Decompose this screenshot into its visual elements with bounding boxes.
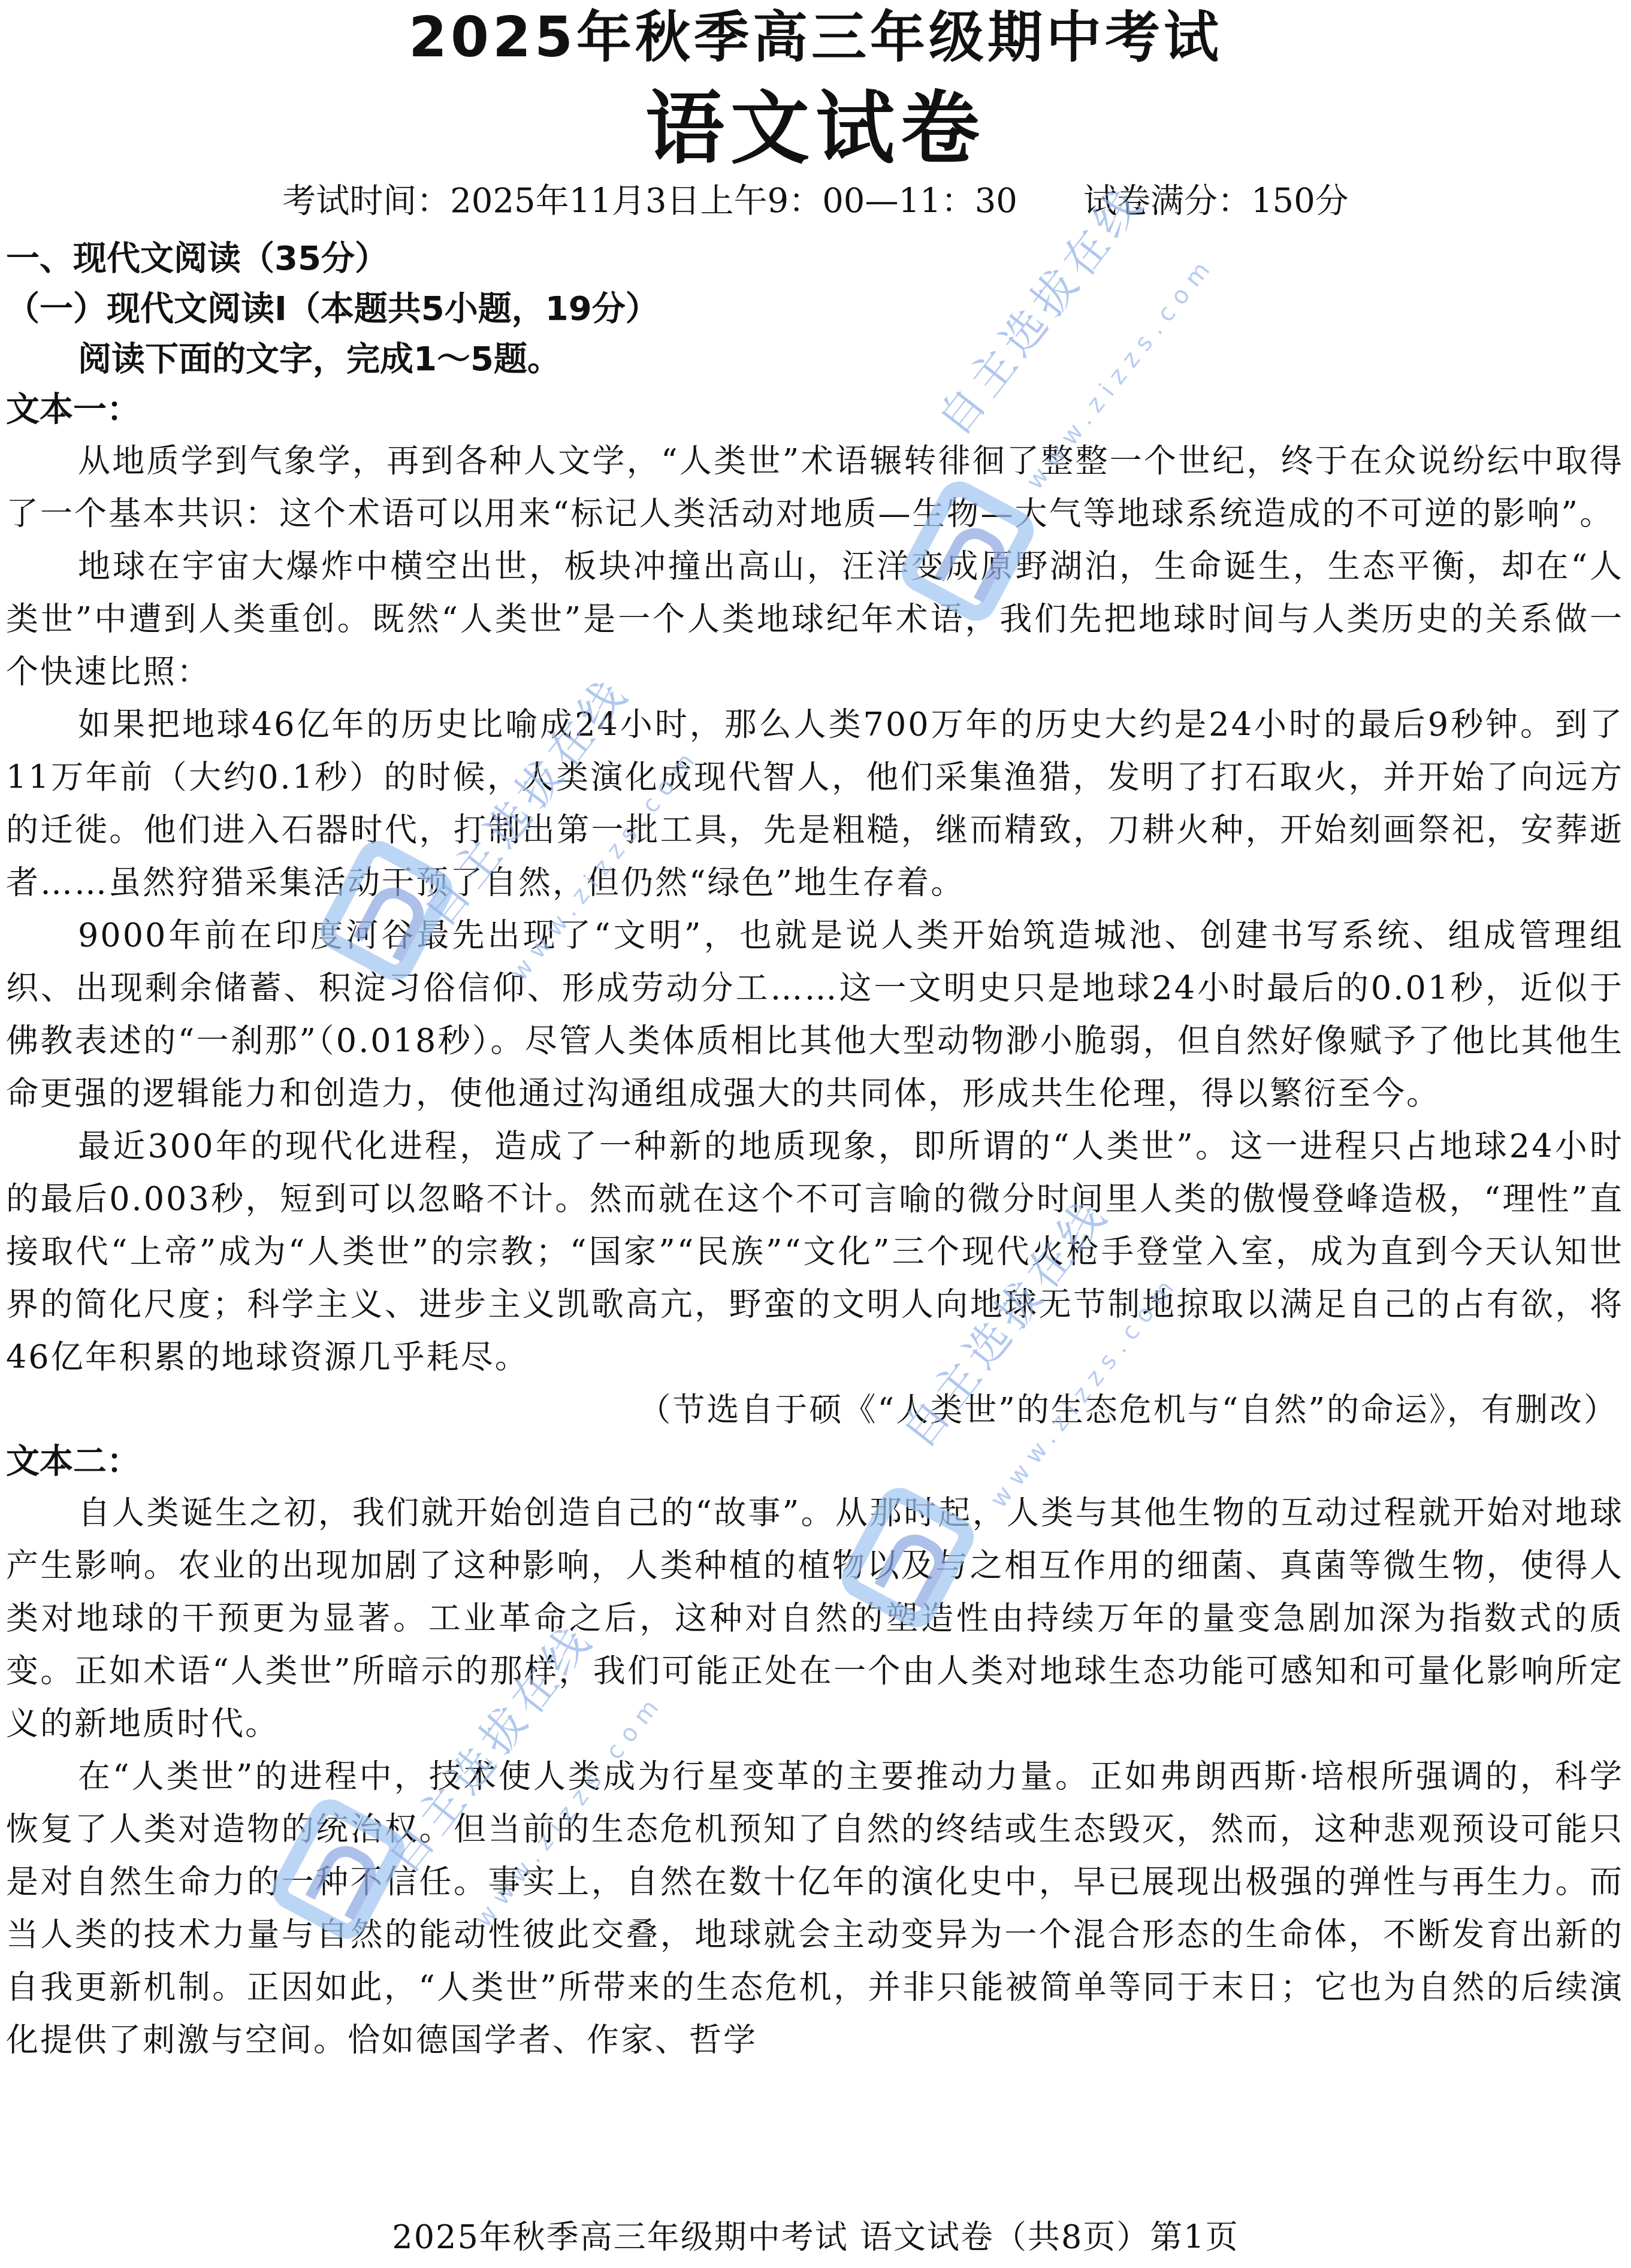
exam-page: 2025年秋季高三年级期中考试 语文试卷 考试时间：2025年11月3日上午9：…: [0, 0, 1631, 2268]
exam-time-label: 考试时间：: [282, 182, 450, 220]
text1-paragraph: 从地质学到气象学，再到各种人文学，“人类世”术语辗转徘徊了整整一个世纪，终于在众…: [6, 435, 1624, 540]
exam-meta: 考试时间：2025年11月3日上午9：00—11：30试卷满分：150分: [0, 177, 1631, 225]
text1-paragraph: 地球在宇宙大爆炸中横空出世，板块冲撞出高山，汪洋变成原野湖泊，生命诞生，生态平衡…: [6, 540, 1624, 698]
text1-paragraph: 9000年前在印度河谷最先出现了“文明”，也就是说人类开始筑造城池、创建书写系统…: [6, 909, 1624, 1120]
exam-time-value: 2025年11月3日上午9：00—11：30: [450, 182, 1017, 220]
text1-source: （节选自于硕《“人类世”的生态危机与“自然”的命运》，有删改）: [6, 1384, 1624, 1437]
subject-title: 语文试卷: [0, 84, 1631, 174]
exam-title: 2025年秋季高三年级期中考试: [0, 5, 1631, 71]
section-heading: 一、现代文阅读（35分）: [6, 234, 1624, 284]
text1-label: 文本一：: [6, 385, 1624, 435]
instruction: 阅读下面的文字，完成1～5题。: [6, 334, 1624, 385]
exam-content: 一、现代文阅读（35分） （一）现代文阅读Ⅰ（本题共5小题，19分） 阅读下面的…: [6, 234, 1624, 2067]
text2-label: 文本二：: [6, 1437, 1624, 1487]
page-footer: 2025年秋季高三年级期中考试 语文试卷（共8页）第1页: [0, 2216, 1631, 2258]
text2-paragraph: 自人类诞生之初，我们就开始创造自己的“故事”。从那时起，人类与其他生物的互动过程…: [6, 1487, 1624, 1750]
subsection-heading: （一）现代文阅读Ⅰ（本题共5小题，19分）: [6, 284, 1624, 334]
text2-paragraph: 在“人类世”的进程中，技术使人类成为行星变革的主要推动力量。正如弗朗西斯·培根所…: [6, 1750, 1624, 2067]
text1-paragraph: 最近300年的现代化进程，造成了一种新的地质现象，即所谓的“人类世”。这一进程只…: [6, 1120, 1624, 1384]
full-score-value: 150分: [1251, 182, 1349, 220]
text1-paragraph: 如果把地球46亿年的历史比喻成24小时，那么人类700万年的历史大约是24小时的…: [6, 698, 1624, 909]
